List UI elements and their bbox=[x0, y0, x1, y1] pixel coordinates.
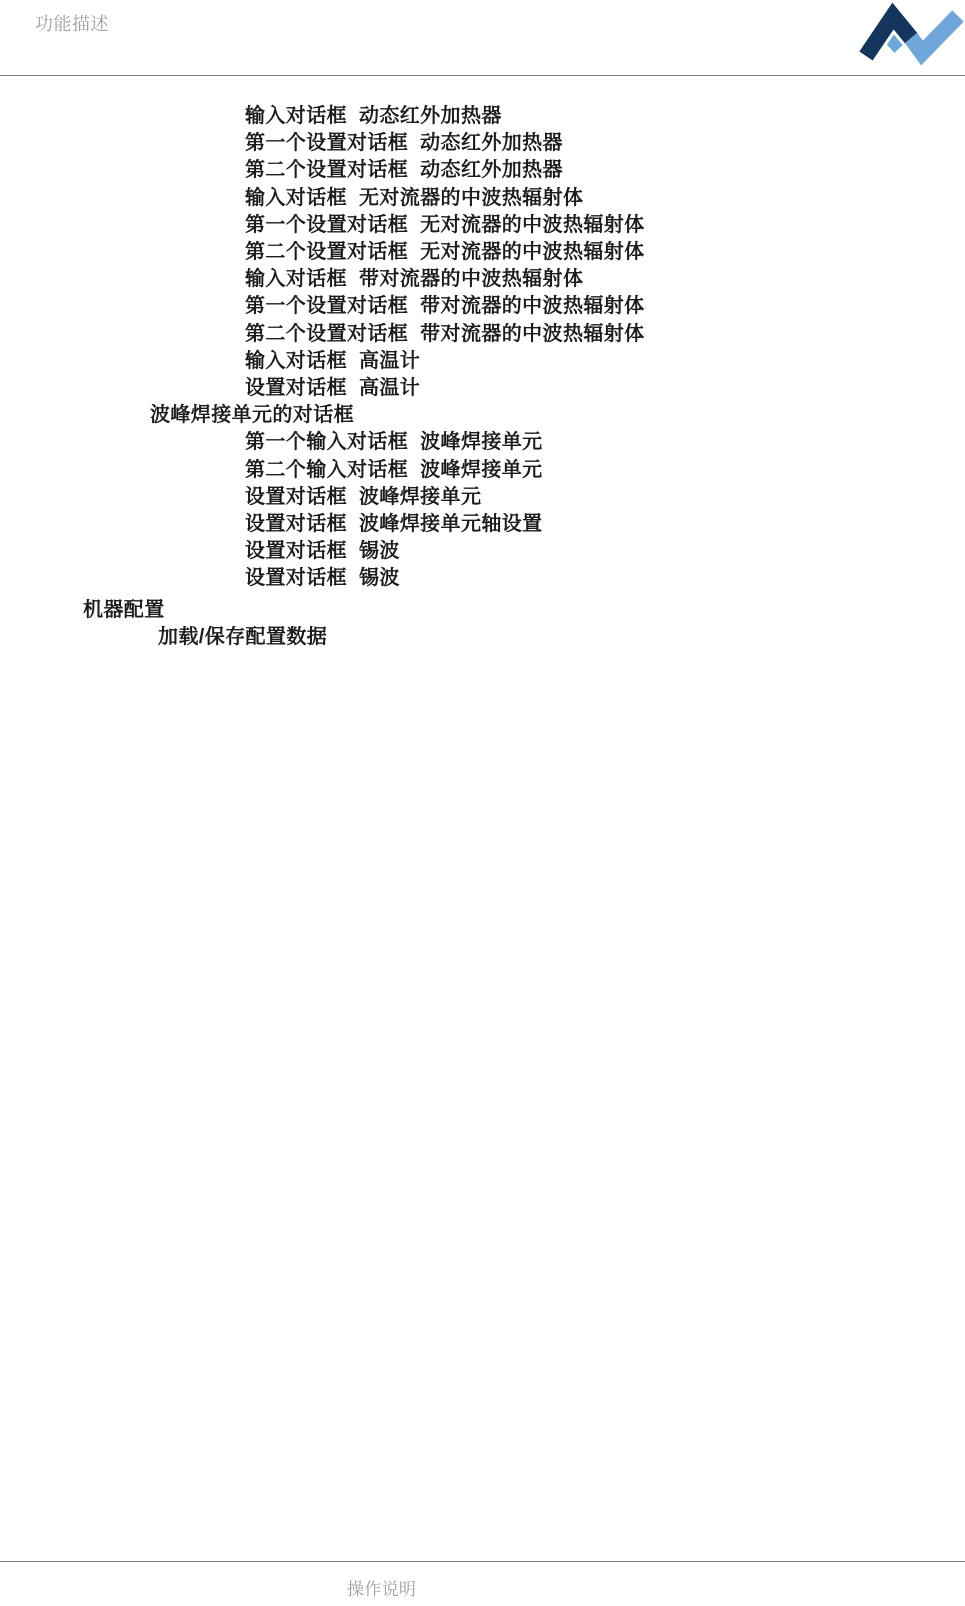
company-logo bbox=[0, 0, 965, 80]
header-rule bbox=[0, 75, 965, 76]
toc-item: 输入对话框 无对流器的中波热辐射体 bbox=[0, 185, 965, 212]
toc-item: 第二个设置对话框 动态红外加热器 bbox=[0, 157, 965, 184]
logo-dark-chevron-icon bbox=[866, 16, 911, 56]
toc-item: 加载/保存配置数据 bbox=[0, 624, 965, 651]
toc-item: 第一个设置对话框 无对流器的中波热辐射体 bbox=[0, 212, 965, 239]
toc-item: 第一个设置对话框 动态红外加热器 bbox=[0, 130, 965, 157]
toc-item: 输入对话框 带对流器的中波热辐射体 bbox=[0, 266, 965, 293]
document-page: 功能描述 输入对话框 动态红外加热器第一个设置对话框 动态红外加热器第二个设置对… bbox=[0, 0, 965, 1606]
toc-item: 设置对话框 波峰焊接单元 bbox=[0, 484, 965, 511]
toc-item: 设置对话框 高温计 bbox=[0, 375, 965, 402]
toc-item: 第一个设置对话框 带对流器的中波热辐射体 bbox=[0, 293, 965, 320]
toc-item: 输入对话框 高温计 bbox=[0, 348, 965, 375]
toc-item: 第二个设置对话框 带对流器的中波热辐射体 bbox=[0, 321, 965, 348]
toc: 输入对话框 动态红外加热器第一个设置对话框 动态红外加热器第二个设置对话框 动态… bbox=[0, 103, 965, 651]
toc-item: 设置对话框 锡波 bbox=[0, 538, 965, 565]
toc-item: 机器配置 bbox=[0, 597, 965, 624]
toc-item: 设置对话框 波峰焊接单元轴设置 bbox=[0, 511, 965, 538]
toc-item: 输入对话框 动态红外加热器 bbox=[0, 103, 965, 130]
toc-item: 设置对话框 锡波 bbox=[0, 565, 965, 592]
footer-rule bbox=[0, 1561, 965, 1562]
toc-item: 第一个输入对话框 波峰焊接单元 bbox=[0, 429, 965, 456]
page-footer-title: 操作说明 bbox=[347, 1580, 416, 1600]
toc-item: 第二个输入对话框 波峰焊接单元 bbox=[0, 457, 965, 484]
toc-item: 第二个设置对话框 无对流器的中波热辐射体 bbox=[0, 239, 965, 266]
toc-item: 波峰焊接单元的对话框 bbox=[0, 402, 965, 429]
